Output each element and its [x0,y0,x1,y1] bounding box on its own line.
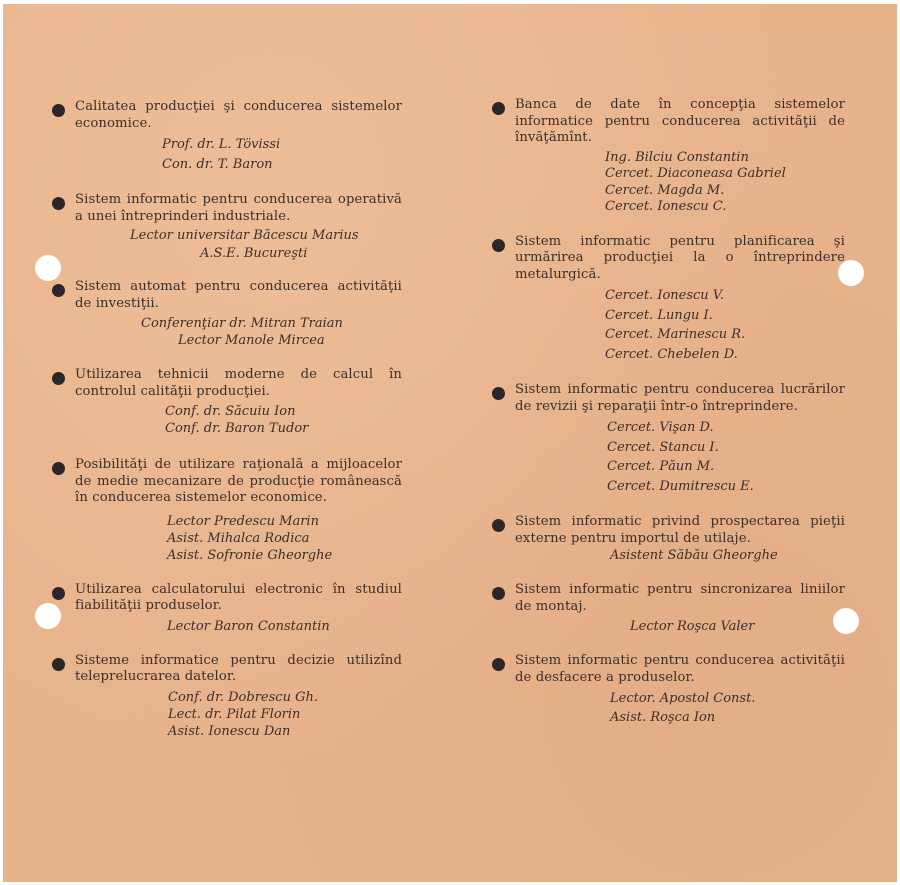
entry-title: Sistem informatic privind prospectarea p… [515,514,845,547]
entry-title: Sistem informatic pentru conducerea oper… [75,192,402,225]
entry-authors: Lector universitar Băcescu Marius A.S.E.… [75,227,402,263]
right-column: Banca de date în concepţia sistemelor in… [490,97,845,727]
paper-entry: Sisteme informatice pentru decizie utili… [50,653,402,740]
author: Cercet. Marinescu R. [605,325,845,345]
bullet-icon [52,284,65,297]
entry-title: Utilizarea calculatorului electronic în … [75,582,402,615]
paper-entry: Calitatea producţiei şi conducerea siste… [50,99,402,174]
entry-title: Posibilităţi de utilizare raţională a mi… [75,457,402,507]
author: Con. dr. T. Baron [162,155,402,175]
bullet-icon [492,102,505,115]
entry-authors: Cercet. Ionescu V. Cercet. Lungu I. Cerc… [515,286,845,364]
entry-title: Sistem automat pentru conducerea activit… [75,279,402,312]
author: Lector Roşca Valer [630,618,845,635]
bullet-icon [492,658,505,671]
author: Cercet. Păun M. [607,457,845,477]
entry-authors: Prof. dr. L. Tövissi Con. dr. T. Baron [75,135,402,174]
entry-authors: Lector Roşca Valer [515,618,845,635]
entry-authors: Asistent Săbău Gheorghe [515,547,845,564]
entry-title: Sistem informatic pentru conducerea lucr… [515,382,845,415]
author: Asist. Sofronie Gheorghe [167,547,402,564]
paper-entry: Sistem automat pentru conducerea activit… [50,279,402,349]
entry-authors: Ing. Bilciu Constantin Cercet. Diaconeas… [515,150,845,216]
author: Lector Predescu Marin [167,513,402,530]
entry-authors: Conf. dr. Dobrescu Gh. Lect. dr. Pilat F… [75,689,402,740]
author: Asistent Săbău Gheorghe [610,547,845,564]
author: Asist. Mihalca Rodica [167,530,402,547]
author: Asist. Ionescu Dan [168,723,402,740]
bullet-icon [52,197,65,210]
paper-entry: Banca de date în concepţia sistemelor in… [490,97,845,216]
author: Lect. dr. Pilat Florin [168,706,402,723]
entry-authors: Cercet. Vişan D. Cercet. Stancu I. Cerce… [515,418,845,496]
entry-authors: Conf. dr. Săcuiu Ion Conf. dr. Baron Tud… [75,403,402,437]
author: Lector. Apostol Const. [610,689,845,708]
bullet-icon [492,239,505,252]
author: Cercet. Diaconeasa Gabriel [605,166,845,183]
author: Asist. Roşca Ion [610,708,845,727]
author: Lector Manole Mircea [141,332,402,349]
author: Cercet. Ionescu V. [605,286,845,306]
entry-title: Sistem informatic pentru sincronizarea l… [515,582,845,615]
paper-entry: Sistem informatic privind prospectarea p… [490,514,845,564]
entry-authors: Conferenţiar dr. Mitran Traian Lector Ma… [75,315,402,349]
author: Cercet. Vişan D. [607,418,845,438]
entry-authors: Lector Baron Constantin [75,618,402,635]
entry-title: Utilizarea tehnicii moderne de calcul în… [75,367,402,400]
author: Conf. dr. Baron Tudor [165,420,402,437]
paper-entry: Sistem informatic pentru conducerea lucr… [490,382,845,496]
bullet-icon [52,587,65,600]
entry-authors: Lector Predescu Marin Asist. Mihalca Rod… [75,513,402,564]
bullet-icon [492,387,505,400]
author: Lector Baron Constantin [167,618,402,635]
entry-title: Banca de date în concepţia sistemelor in… [515,97,845,147]
paper-entry: Sistem informatic pentru conducerea oper… [50,192,402,263]
entry-title: Sistem informatic pentru planificarea şi… [515,234,845,284]
paper-entry: Sistem informatic pentru planificarea şi… [490,234,845,365]
bullet-icon [492,519,505,532]
entry-authors: Lector. Apostol Const. Asist. Roşca Ion [515,689,845,727]
entry-title: Sistem informatic pentru conducerea acti… [515,653,845,686]
bullet-icon [52,372,65,385]
author: Prof. dr. L. Tövissi [162,135,402,155]
author: Conferenţiar dr. Mitran Traian [141,315,402,332]
paper-entry: Sistem informatic pentru conducerea acti… [490,653,845,727]
author: A.S.E. Bucureşti [130,245,402,263]
entry-title: Sisteme informatice pentru decizie utili… [75,653,402,686]
paper-entry: Sistem informatic pentru sincronizarea l… [490,582,845,635]
author: Cercet. Lungu I. [605,306,845,326]
author: Cercet. Dumitrescu E. [607,477,845,497]
bullet-icon [492,587,505,600]
left-column: Calitatea producţiei şi conducerea siste… [50,99,402,740]
author: Conf. dr. Săcuiu Ion [165,403,402,420]
bullet-icon [52,658,65,671]
author: Cercet. Chebelen D. [605,345,845,365]
bullet-icon [52,462,65,475]
author: Cercet. Ionescu C. [605,199,845,216]
paper-entry: Utilizarea tehnicii moderne de calcul în… [50,367,402,437]
author: Cercet. Stancu I. [607,438,845,458]
author: Ing. Bilciu Constantin [605,150,845,167]
author: Lector universitar Băcescu Marius [130,227,402,245]
paper-entry: Posibilităţi de utilizare raţională a mi… [50,457,402,564]
bullet-icon [52,104,65,117]
entry-title: Calitatea producţiei şi conducerea siste… [75,99,402,132]
author: Conf. dr. Dobrescu Gh. [168,689,402,706]
paper-entry: Utilizarea calculatorului electronic în … [50,582,402,635]
author: Cercet. Magda M. [605,183,845,200]
